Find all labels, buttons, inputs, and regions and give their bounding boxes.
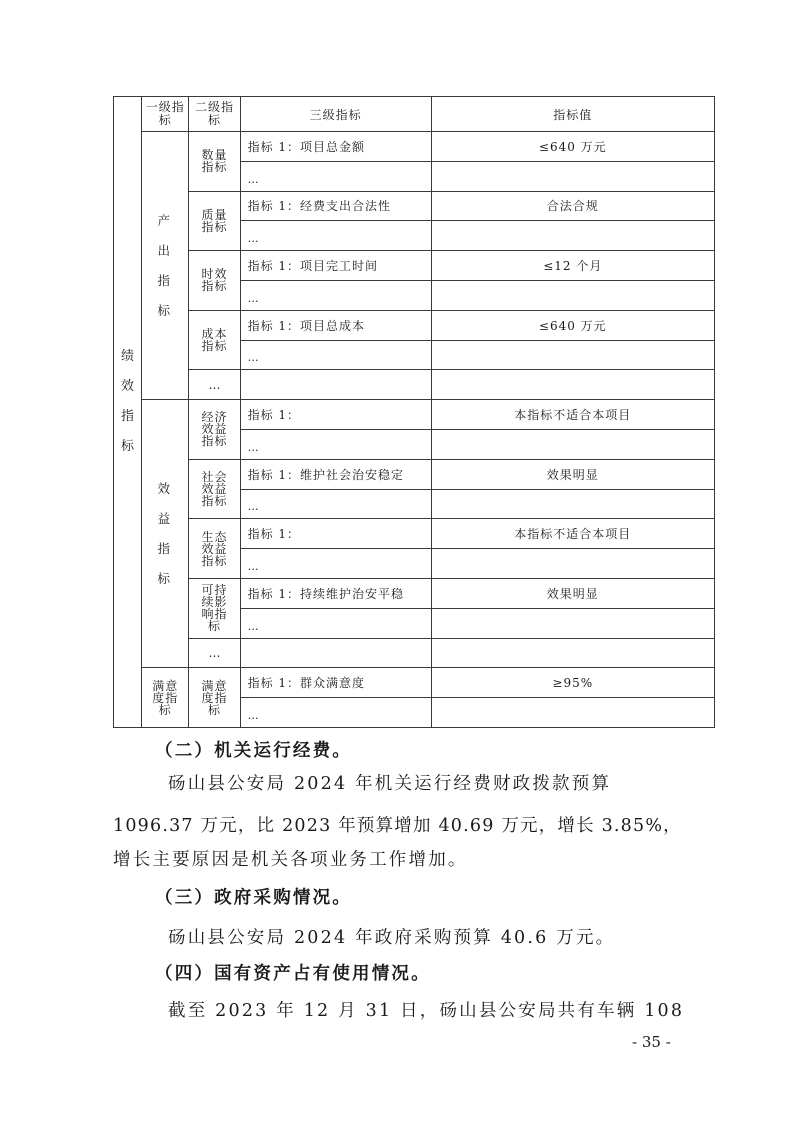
header-level2: 二级指标: [189, 97, 240, 132]
value-cell: [431, 161, 714, 191]
paragraph-line: 砀山县公安局 2024 年政府采购预算 40.6 万元。: [168, 924, 770, 949]
value-cell: [431, 340, 714, 370]
level3-cell: …: [240, 429, 431, 459]
level3-cell: …: [240, 340, 431, 370]
value-cell: [431, 489, 714, 519]
value-cell: ≤640 万元: [431, 132, 714, 162]
value-cell: 效果明显: [431, 459, 714, 489]
header-value: 指标值: [431, 97, 714, 132]
table-row: …: [114, 638, 715, 668]
level1-benefit: 效益指标: [142, 400, 189, 668]
level2-social: 社会效益指标: [189, 459, 240, 519]
header-level1: 一级指标: [142, 97, 189, 132]
value-cell: 本指标不适合本项目: [431, 400, 714, 430]
level3-cell: 指标 1：维护社会治安稳定: [240, 459, 431, 489]
level2-more: …: [189, 638, 240, 668]
perf-indicator-label: 绩效指标: [114, 97, 142, 728]
level2-more: …: [189, 370, 240, 400]
level2-timeliness: 时效指标: [189, 251, 240, 311]
level2-quantity: 数量指标: [189, 132, 240, 192]
value-cell: [431, 280, 714, 310]
level2-sustainable: 可持续影响指标: [189, 578, 240, 638]
value-cell: [431, 221, 714, 251]
paragraph-line: 1096.37 万元，比 2023 年预算增加 40.69 万元，增长 3.85…: [113, 812, 715, 837]
level3-cell: …: [240, 549, 431, 579]
paragraph-line: 截至 2023 年 12 月 31 日，砀山县公安局共有车辆 108: [168, 997, 770, 1022]
level2-ecological: 生态效益指标: [189, 519, 240, 579]
table-row: …: [114, 370, 715, 400]
paragraph-line: 增长主要原因是机关各项业务工作增加。: [113, 846, 715, 871]
level2-quality: 质量指标: [189, 191, 240, 251]
level1-output: 产出指标: [142, 132, 189, 400]
table-row: 效益指标 经济效益指标 指标 1： 本指标不适合本项目: [114, 400, 715, 430]
level3-cell: 指标 1：群众满意度: [240, 668, 431, 698]
level2-economic: 经济效益指标: [189, 400, 240, 460]
level3-cell: …: [240, 161, 431, 191]
section-heading-procurement: （三）政府采购情况。: [155, 884, 757, 909]
level3-cell: …: [240, 221, 431, 251]
value-cell: [431, 698, 714, 728]
level3-cell: [240, 638, 431, 668]
table-row: 社会效益指标 指标 1：维护社会治安稳定 效果明显: [114, 459, 715, 489]
section-heading-state-assets: （四）国有资产占有使用情况。: [155, 960, 757, 985]
table-row: 可持续影响指标 指标 1：持续维护治安平稳 效果明显: [114, 578, 715, 608]
level3-cell: …: [240, 608, 431, 638]
level3-cell: 指标 1：项目总金额: [240, 132, 431, 162]
level3-cell: …: [240, 698, 431, 728]
table-header-row: 绩效指标 一级指标 二级指标 三级指标 指标值: [114, 97, 715, 132]
table-row: 时效指标 指标 1：项目完工时间 ≤12 个月: [114, 251, 715, 281]
level3-cell: 指标 1：经费支出合法性: [240, 191, 431, 221]
value-cell: 合法合规: [431, 191, 714, 221]
performance-indicator-table: 绩效指标 一级指标 二级指标 三级指标 指标值 产出指标 数量指标 指标 1：项…: [113, 96, 715, 728]
section-heading-operating-costs: （二）机关运行经费。: [155, 737, 757, 762]
level2-satisfaction: 满意度指标: [189, 668, 240, 728]
level3-cell: 指标 1：持续维护治安平稳: [240, 578, 431, 608]
page-number: - 35 -: [632, 1033, 671, 1051]
value-cell: [431, 370, 714, 400]
table-row: 质量指标 指标 1：经费支出合法性 合法合规: [114, 191, 715, 221]
level3-cell: [240, 370, 431, 400]
value-cell: 本指标不适合本项目: [431, 519, 714, 549]
level3-cell: 指标 1：: [240, 400, 431, 430]
level3-cell: 指标 1：项目总成本: [240, 310, 431, 340]
level3-cell: 指标 1：项目完工时间: [240, 251, 431, 281]
level2-cost: 成本指标: [189, 310, 240, 370]
value-cell: ≤12 个月: [431, 251, 714, 281]
value-cell: ≥95%: [431, 668, 714, 698]
header-level3: 三级指标: [240, 97, 431, 132]
value-cell: [431, 429, 714, 459]
value-cell: [431, 608, 714, 638]
level1-satisfaction: 满意度指标: [142, 668, 189, 728]
value-cell: [431, 638, 714, 668]
level3-cell: …: [240, 280, 431, 310]
level3-cell: …: [240, 489, 431, 519]
table-row: 成本指标 指标 1：项目总成本 ≤640 万元: [114, 310, 715, 340]
table-row: 满意度指标 满意度指标 指标 1：群众满意度 ≥95%: [114, 668, 715, 698]
value-cell: [431, 549, 714, 579]
paragraph-line: 砀山县公安局 2024 年机关运行经费财政拨款预算: [168, 770, 770, 795]
value-cell: 效果明显: [431, 578, 714, 608]
table-row: 产出指标 数量指标 指标 1：项目总金额 ≤640 万元: [114, 132, 715, 162]
table-row: 生态效益指标 指标 1： 本指标不适合本项目: [114, 519, 715, 549]
value-cell: ≤640 万元: [431, 310, 714, 340]
level3-cell: 指标 1：: [240, 519, 431, 549]
